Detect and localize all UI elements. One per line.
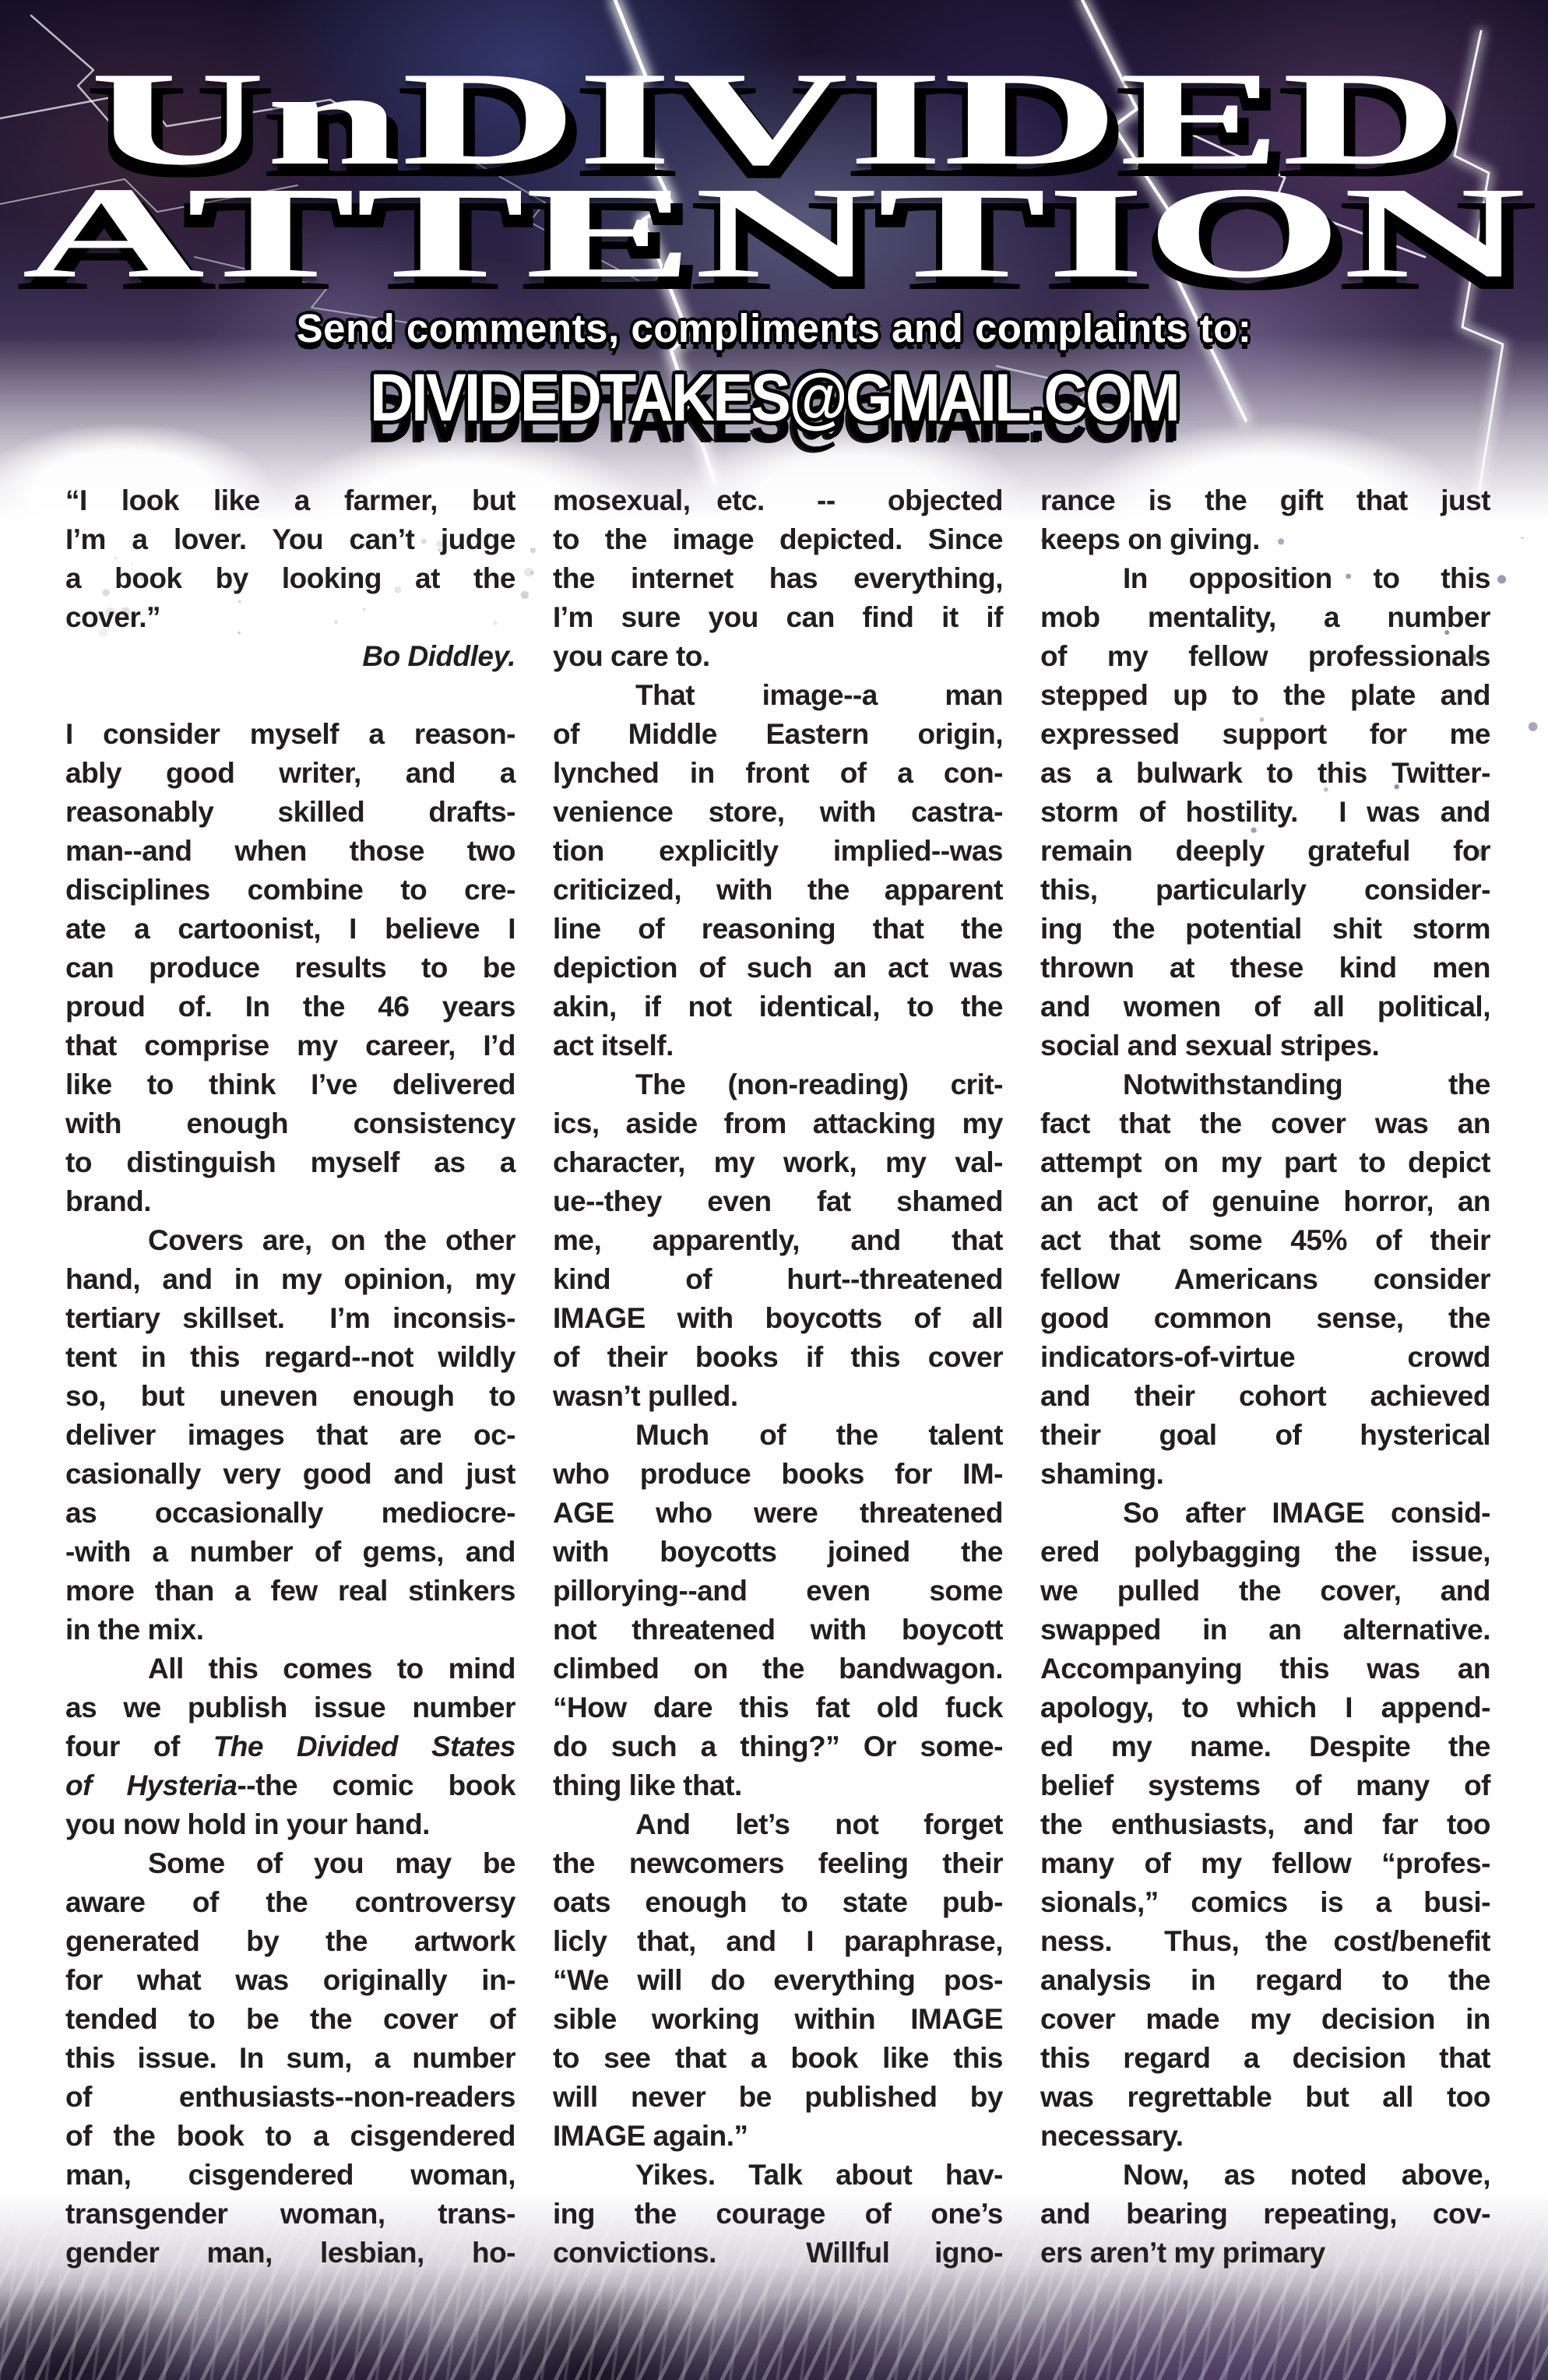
text-line: as occasionally mediocre-: [65, 1494, 515, 1533]
text-line: lynched in front of a con-: [553, 754, 1003, 793]
text-line: Yikes. Talk about hav-: [553, 2156, 1003, 2195]
text-line: in the mix.: [65, 1611, 515, 1649]
text-line: IMAGE with boycotts of all: [553, 1299, 1003, 1338]
text-line: act itself.: [553, 1026, 1003, 1065]
text-line: Accompanying this was an: [1040, 1649, 1490, 1688]
text-line: wasn’t pulled.: [553, 1377, 1003, 1416]
text-line: ue--they even fat shamed: [553, 1182, 1003, 1221]
text-line: of Hysteria--the comic book: [65, 1766, 515, 1805]
text-line: man--and when those two: [65, 832, 515, 871]
text-line: generated by the artwork: [65, 1922, 515, 1961]
text-line: “I look like a farmer, but: [65, 481, 515, 520]
text-line: man, cisgendered woman,: [65, 2156, 515, 2195]
text-line: do such a thing?” Or some-: [553, 1727, 1003, 1766]
text-line: tertiary skillset. I’m inconsis-: [65, 1299, 515, 1338]
column-1: “I look like a farmer, butI’m a lover. Y…: [65, 481, 515, 2273]
text-line: criticized, with the apparent: [553, 871, 1003, 910]
text-line: act that some 45% of their: [1040, 1221, 1490, 1260]
text-line: and bearing repeating, cov-: [1040, 2195, 1490, 2234]
text-line: AGE who were threatened: [553, 1494, 1003, 1533]
text-line: good common sense, the: [1040, 1299, 1490, 1338]
text-line: more than a few real stinkers: [65, 1572, 515, 1611]
text-line: of the book to a cisgendered: [65, 2117, 515, 2156]
text-line: tion explicitly implied--was: [553, 832, 1003, 871]
text-line: that comprise my career, I’d: [65, 1026, 515, 1065]
text-line: tent in this regard--not wildly: [65, 1338, 515, 1377]
text-line: deliver images that are oc-: [65, 1416, 515, 1455]
text-line: an act of genuine horror, an: [1040, 1182, 1490, 1221]
text-line: apology, to which I append-: [1040, 1688, 1490, 1727]
column-3: rance is the gift that justkeeps on givi…: [1040, 481, 1490, 2273]
text-line: -with a number of gems, and: [65, 1533, 515, 1572]
text-line: analysis in regard to the: [1040, 1961, 1490, 2000]
text-line: can produce results to be: [65, 949, 515, 988]
text-line: the enthusiasts, and far too: [1040, 1805, 1490, 1844]
text-line: rance is the gift that just: [1040, 481, 1490, 520]
text-line: And let’s not forget: [553, 1805, 1003, 1844]
text-line: indicators-of-virtue crowd: [1040, 1338, 1490, 1377]
text-line: [65, 676, 515, 715]
text-line: “We will do everything pos-: [553, 1961, 1003, 2000]
text-line: line of reasoning that the: [553, 910, 1003, 949]
text-line: That image--a man: [553, 676, 1003, 715]
text-line: you care to.: [553, 637, 1003, 676]
text-line: proud of. In the 46 years: [65, 988, 515, 1026]
text-line: me, apparently, and that: [553, 1221, 1003, 1260]
text-line: as we publish issue number: [65, 1688, 515, 1727]
text-line: casionally very good and just: [65, 1455, 515, 1494]
text-line: IMAGE again.”: [553, 2117, 1003, 2156]
text-line: licly that, and I paraphrase,: [553, 1922, 1003, 1961]
text-line: ics, aside from attacking my: [553, 1104, 1003, 1143]
text-line: kind of hurt--threatened: [553, 1260, 1003, 1299]
text-line: In opposition to this: [1040, 559, 1490, 598]
text-columns: “I look like a farmer, butI’m a lover. Y…: [65, 481, 1490, 2273]
text-line: Bo Diddley.: [65, 637, 515, 676]
text-line: gender man, lesbian, ho-: [65, 2234, 515, 2273]
title-line-1: UnDIVIDED: [90, 67, 1458, 171]
text-line: disciplines combine to cre-: [65, 871, 515, 910]
text-line: character, my work, my val-: [553, 1143, 1003, 1182]
text-line: shaming.: [1040, 1455, 1490, 1494]
page-header: UnDIVIDED ATTENTION Send comments, compl…: [0, 0, 1548, 537]
text-line: ably good writer, and a: [65, 754, 515, 793]
text-line: of my fellow professionals: [1040, 637, 1490, 676]
text-line: ered polybagging the issue,: [1040, 1533, 1490, 1572]
text-line: thrown at these kind men: [1040, 949, 1490, 988]
text-line: pillorying--and even some: [553, 1572, 1003, 1611]
text-line: who produce books for IM-: [553, 1455, 1003, 1494]
text-line: ness. Thus, the cost/benefit: [1040, 1922, 1490, 1961]
text-line: reasonably skilled drafts-: [65, 793, 515, 832]
text-line: tended to be the cover of: [65, 2000, 515, 2039]
text-line: this regard a decision that: [1040, 2039, 1490, 2078]
text-line: cover made my decision in: [1040, 2000, 1490, 2039]
text-line: fellow Americans consider: [1040, 1260, 1490, 1299]
text-line: will never be published by: [553, 2078, 1003, 2117]
text-line: and their cohort achieved: [1040, 1377, 1490, 1416]
text-line: expressed support for me: [1040, 715, 1490, 754]
text-line: the newcomers feeling their: [553, 1844, 1003, 1883]
text-line: hand, and in my opinion, my: [65, 1260, 515, 1299]
text-line: thing like that.: [553, 1766, 1003, 1805]
text-line: mosexual, etc. -- objected: [553, 481, 1003, 520]
text-line: ing the potential shit storm: [1040, 910, 1490, 949]
text-line: was regrettable but all too: [1040, 2078, 1490, 2117]
text-line: stepped up to the plate and: [1040, 676, 1490, 715]
letters-page: UnDIVIDED ATTENTION Send comments, compl…: [0, 0, 1548, 2380]
text-line: to distinguish myself as a: [65, 1143, 515, 1182]
text-line: belief systems of many of: [1040, 1766, 1490, 1805]
text-line: Now, as noted above,: [1040, 2156, 1490, 2195]
text-line: Covers are, on the other: [65, 1221, 515, 1260]
text-line: of their books if this cover: [553, 1338, 1003, 1377]
text-line: I’m a lover. You can’t judge: [65, 520, 515, 559]
text-line: social and sexual stripes.: [1040, 1026, 1490, 1065]
text-line: Some of you may be: [65, 1844, 515, 1883]
text-line: you now hold in your hand.: [65, 1805, 515, 1844]
text-line: So after IMAGE consid-: [1040, 1494, 1490, 1533]
text-line: Notwithstanding the: [1040, 1065, 1490, 1104]
page-title: UnDIVIDED ATTENTION: [0, 67, 1548, 284]
text-line: “How dare this fat old fuck: [553, 1688, 1003, 1727]
text-line: to the image depicted. Since: [553, 520, 1003, 559]
text-line: I consider myself a reason-: [65, 715, 515, 754]
text-line: storm of hostility. I was and: [1040, 793, 1490, 832]
text-line: so, but uneven enough to: [65, 1377, 515, 1416]
text-line: oats enough to state pub-: [553, 1883, 1003, 1922]
text-line: this, particularly consider-: [1040, 871, 1490, 910]
text-line: akin, if not identical, to the: [553, 988, 1003, 1026]
text-line: I’m sure you can find it if: [553, 598, 1003, 637]
text-line: depiction of such an act was: [553, 949, 1003, 988]
text-line: keeps on giving.: [1040, 520, 1490, 559]
text-line: aware of the controversy: [65, 1883, 515, 1922]
text-line: ing the courage of one’s: [553, 2195, 1003, 2234]
text-line: of Middle Eastern origin,: [553, 715, 1003, 754]
text-line: with enough consistency: [65, 1104, 515, 1143]
text-line: for what was originally in-: [65, 1961, 515, 2000]
text-line: ate a cartoonist, I believe I: [65, 910, 515, 949]
text-line: remain deeply grateful for: [1040, 832, 1490, 871]
text-line: like to think I’ve delivered: [65, 1065, 515, 1104]
text-line: not threatened with boycott: [553, 1611, 1003, 1649]
text-line: we pulled the cover, and: [1040, 1572, 1490, 1611]
title-line-2: ATTENTION: [22, 182, 1526, 284]
text-line: a book by looking at the: [65, 559, 515, 598]
text-line: of enthusiasts--non-readers: [65, 2078, 515, 2117]
text-line: fact that the cover was an: [1040, 1104, 1490, 1143]
email-address: DIVIDEDTAKES@GMAIL.COM: [77, 360, 1470, 437]
text-line: and women of all political,: [1040, 988, 1490, 1026]
text-line: necessary.: [1040, 2117, 1490, 2156]
text-line: ed my name. Despite the: [1040, 1727, 1490, 1766]
text-line: swapped in an alternative.: [1040, 1611, 1490, 1649]
text-line: All this comes to mind: [65, 1649, 515, 1688]
text-line: as a bulwark to this Twitter-: [1040, 754, 1490, 793]
text-line: Much of the talent: [553, 1416, 1003, 1455]
text-line: cover.”: [65, 598, 515, 637]
text-line: venience store, with castra-: [553, 793, 1003, 832]
text-line: ers aren’t my primary: [1040, 2234, 1490, 2273]
text-line: sionals,” comics is a busi-: [1040, 1883, 1490, 1922]
text-line: the internet has everything,: [553, 559, 1003, 598]
text-line: mob mentality, a number: [1040, 598, 1490, 637]
text-line: attempt on my part to depict: [1040, 1143, 1490, 1182]
text-line: this issue. In sum, a number: [65, 2039, 515, 2078]
text-line: sible working within IMAGE: [553, 2000, 1003, 2039]
text-line: to see that a book like this: [553, 2039, 1003, 2078]
text-line: climbed on the bandwagon.: [553, 1649, 1003, 1688]
text-line: four of The Divided States: [65, 1727, 515, 1766]
column-2: mosexual, etc. -- objectedto the image d…: [553, 481, 1003, 2273]
text-line: their goal of hysterical: [1040, 1416, 1490, 1455]
text-line: with boycotts joined the: [553, 1533, 1003, 1572]
text-line: The (non-reading) crit-: [553, 1065, 1003, 1104]
text-line: transgender woman, trans-: [65, 2195, 515, 2234]
subtitle: Send comments, compliments and complaint…: [0, 305, 1548, 351]
text-line: convictions. Willful igno-: [553, 2234, 1003, 2273]
text-line: many of my fellow “profes-: [1040, 1844, 1490, 1883]
text-line: brand.: [65, 1182, 515, 1221]
